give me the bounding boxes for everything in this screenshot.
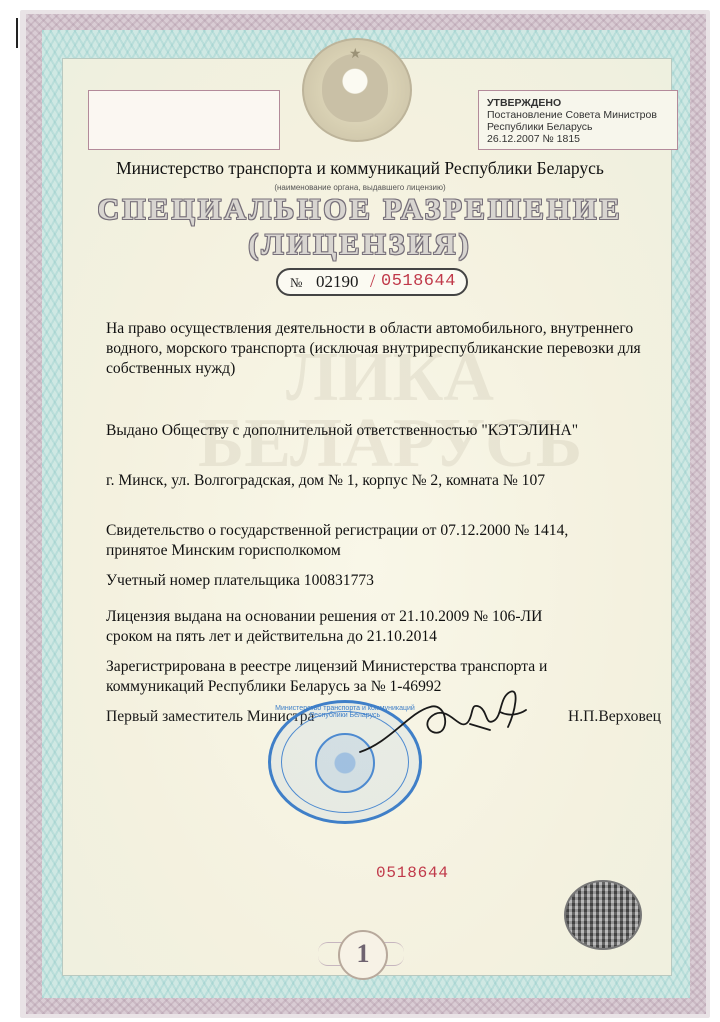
emblem-shield — [322, 54, 388, 122]
issued-to: Выдано Обществу с дополнительной ответст… — [106, 421, 666, 441]
scan-mark — [16, 18, 18, 48]
approval-date: 26.12.2007 № 1815 — [487, 133, 677, 145]
number-separator: / — [370, 271, 375, 293]
taxpayer-id: Учетный номер плательщика 100831773 — [106, 571, 666, 591]
approval-line: Республики Беларусь — [487, 121, 677, 133]
signer-name: Н.П.Верховец — [568, 708, 661, 726]
license-basis: Лицензия выдана на основании решения от … — [106, 607, 586, 647]
number-prefix: № — [290, 275, 302, 291]
address: г. Минск, ул. Волгоградская, дом № 1, ко… — [106, 471, 666, 491]
approval-heading: УТВЕРЖДЕНО — [487, 97, 677, 109]
document-title: СПЕЦИАЛЬНОЕ РАЗРЕШЕНИЕ — [0, 193, 720, 227]
registration-number: 02190 — [316, 272, 359, 292]
watermark: ЛИКА БЕЛАРУСЬ — [150, 345, 630, 645]
state-emblem-icon: ★ — [302, 38, 412, 142]
serial-number-bottom: 0518644 — [376, 864, 449, 882]
serial-number: 0518644 — [381, 272, 456, 291]
hologram-icon — [564, 880, 642, 950]
star-icon: ★ — [349, 46, 362, 63]
signature-icon — [350, 672, 530, 762]
approval-line: Постановление Совета Министров — [487, 109, 677, 121]
page-number: 1 — [338, 930, 388, 980]
document-subtitle: (ЛИЦЕНЗИЯ) — [0, 228, 720, 262]
approval-box: УТВЕРЖДЕНО Постановление Совета Министро… — [478, 90, 678, 150]
activity-text: На право осуществления деятельности в об… — [106, 319, 666, 379]
registration-certificate: Свидетельство о государственной регистра… — [106, 521, 606, 561]
blank-field-box — [88, 90, 280, 150]
issuer-caption: (наименование органа, выдавшего лицензию… — [0, 183, 720, 192]
license-number: № 02190 / 0518644 — [276, 268, 468, 296]
issuer-name: Министерство транспорта и коммуникаций Р… — [0, 158, 720, 179]
